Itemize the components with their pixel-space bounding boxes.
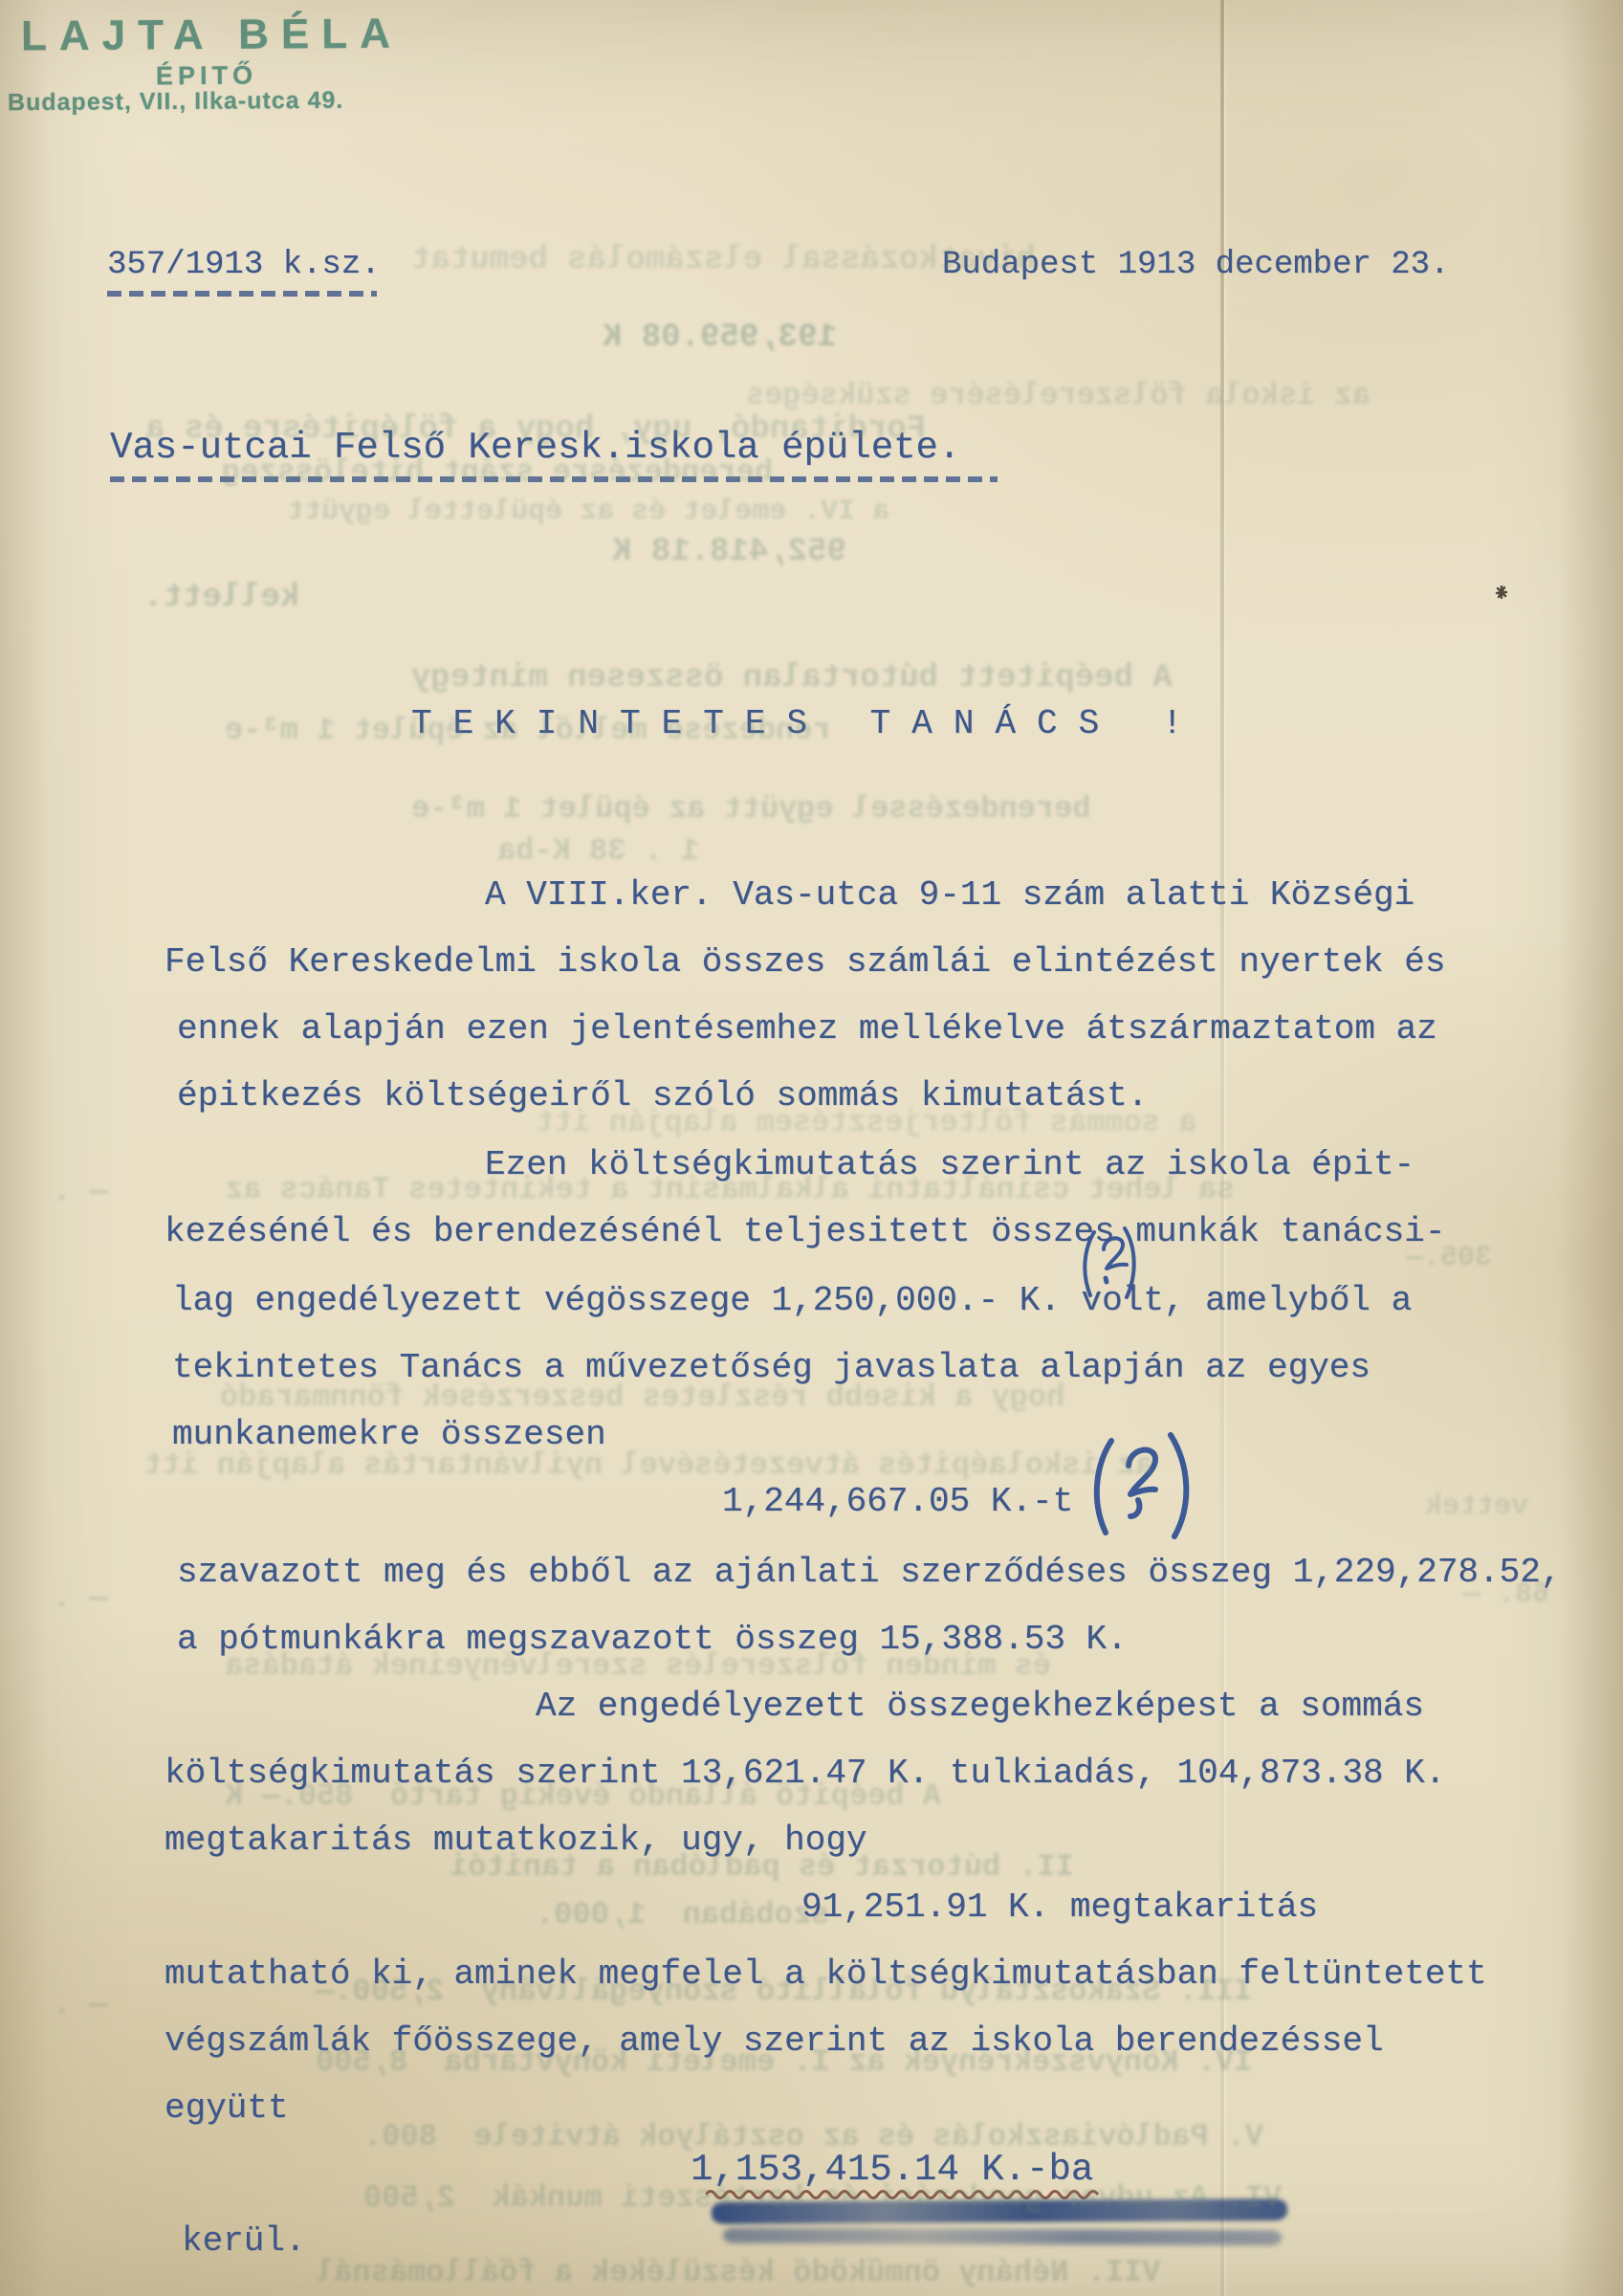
bleedthrough-text: szobában 1,000. — [536, 1900, 829, 1931]
bleedthrough-text: az iskolaépités átvezetésével nyilvántar… — [143, 1450, 1153, 1481]
body-line: épitkezés költségeiről szóló sommás kimu… — [177, 1079, 1148, 1114]
body-line: Felső Kereskedelmi iskola összes számlái… — [164, 945, 1445, 980]
reference-number: 357/1913 k.sz. — [107, 247, 381, 283]
bleedthrough-text: VII. Néhány önműködő készülékek a főállo… — [316, 2258, 1160, 2288]
body-line: végszámlák főösszege, amely szerint az i… — [164, 2024, 1384, 2059]
body-line: megtakaritás mutatkozik, ugy, hogy — [164, 1823, 867, 1858]
bleedthrough-text: — . — [53, 1583, 108, 1614]
body-line: ennek alapján ezen jelentésemhez melléke… — [177, 1012, 1437, 1047]
reference-underline — [107, 291, 377, 297]
letterhead-name: LAJTA BÉLA — [21, 11, 403, 61]
bleedthrough-text: 193,959.08 K — [603, 321, 837, 354]
bleedthrough-text: rendezése mellől az épület 1 m³-e — [225, 716, 831, 746]
bleedthrough-text: V. Padlóviaszkolás és az osztályok átvit… — [363, 2122, 1263, 2152]
body-line: munkanemekre összesen — [172, 1418, 606, 1452]
body-line: szavazott meg és ebből az ajánlati szerz… — [177, 1556, 1561, 1590]
body-line: Az engedélyezett összegekhezképest a som… — [536, 1689, 1424, 1724]
document-page: LAJTA BÉLA ÉPITŐ Budapest, VII., Ilka-ut… — [0, 0, 1623, 2296]
letterhead-address: Budapest, VII., Ilka-utca 49. — [8, 87, 344, 117]
bleedthrough-text: Forditandó, ugy, hogy a fölépitésre és a — [145, 413, 926, 446]
bleedthrough-text: VI. Az udvar gondozási és kertészeti mun… — [363, 2183, 1282, 2214]
bleedthrough-text: A beépitett bútortalan összesen mintegy — [411, 662, 1173, 695]
bleedthrough-text: — . — [53, 1990, 108, 2020]
body-line: 91,251.91 K. megtakaritás — [801, 1890, 1318, 1925]
bleedthrough-text: kellett. — [143, 582, 299, 614]
bleedthrough-text: 952,418.18 K — [612, 536, 846, 568]
bleedthrough-text: berendezésre szánt hitelösszeg — [222, 457, 773, 488]
bleedthrough-text: hivatkozással elszámolás bemutat — [411, 244, 1036, 276]
bleedthrough-text: az iskola fölszerelésére szükséges — [746, 381, 1371, 411]
body-line: lag engedélyezett végösszege 1,250,000.-… — [172, 1284, 1412, 1318]
body-line: a pótmunkákra megszavazott összeg 15,388… — [177, 1623, 1128, 1657]
ink-smudge — [723, 2228, 1282, 2246]
bleedthrough-text: berendezéssel együtt az épület 1 m³-e — [411, 794, 1091, 825]
ink-splatter — [1494, 585, 1509, 601]
bleedthrough-text: — . — [53, 1177, 108, 1207]
body-line: 1,244,667.05 K.-t — [722, 1485, 1073, 1519]
body-line: A VIII.ker. Vas-utca 9-11 szám alatti Kö… — [485, 878, 1415, 913]
body-line: kezésénél és berendezésénél teljesitett … — [164, 1215, 1445, 1249]
body-line: mutatható ki, aminek megfelel a költségk… — [164, 1957, 1487, 1992]
body-line: tekintetes Tanács a művezetőség javaslat… — [172, 1351, 1371, 1385]
bleedthrough-text: a IV. emelet és az épülettel együtt — [287, 497, 889, 526]
bleedthrough-text: vettek — [1425, 1492, 1528, 1521]
bleedthrough-text: 1 . 38 K-ba — [497, 836, 699, 867]
closing-word: kerül. — [182, 2221, 306, 2261]
body-line: költségkimutatás szerint 13,621.47 K. tu… — [164, 1756, 1445, 1791]
body-line: Ezen költségkimutatás szerint az iskola … — [485, 1148, 1415, 1182]
body-line: együtt — [164, 2091, 289, 2126]
